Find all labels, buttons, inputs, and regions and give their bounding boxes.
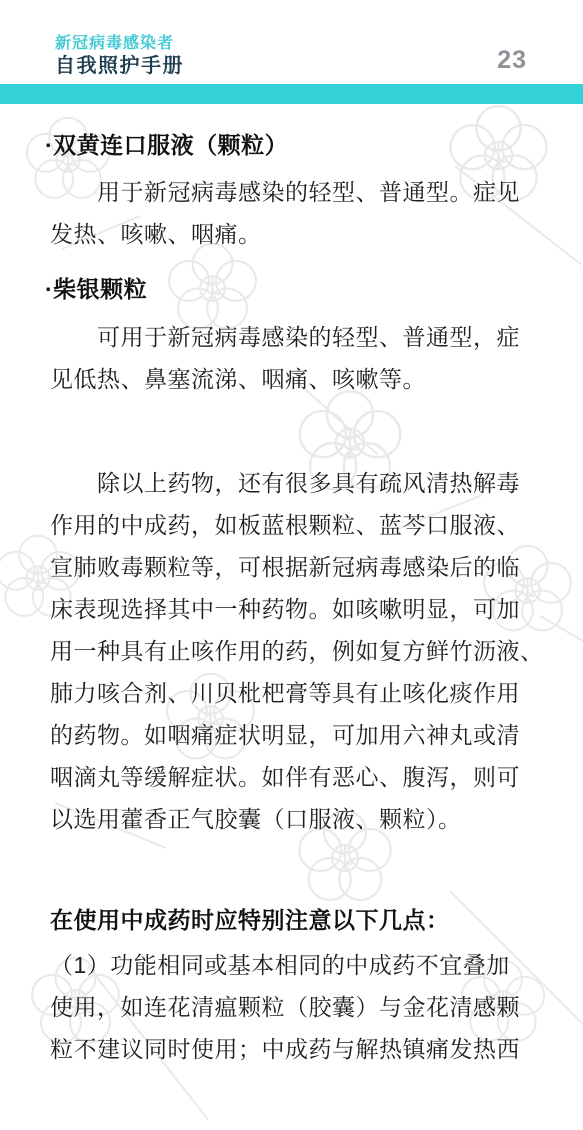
text-line: 用于新冠病毒感染的轻型、普通型。症见 [50, 171, 583, 213]
handbook-title: 自我照护手册 [55, 49, 184, 78]
heading-text: 在使用中成药时应特别注意以下几点： [50, 899, 583, 941]
text-line: 肺力咳合剂、川贝枇杷膏等具有止咳化痰作用 [50, 672, 583, 714]
med1-heading: ·双黄连口服液（颗粒） [45, 124, 583, 166]
text-line: 见低热、鼻塞流涕、咽痛、咳嗽等。 [50, 358, 583, 400]
med2-paragraph: 可用于新冠病毒感染的轻型、普通型，症 见低热、鼻塞流涕、咽痛、咳嗽等。 [50, 316, 583, 400]
page-number: 23 [497, 46, 527, 75]
text-line: 床表现选择其中一种药物。如咳嗽明显，可加 [50, 588, 583, 630]
text-line: （1）功能相同或基本相同的中成药不宜叠加 [50, 944, 583, 986]
heading-text: ·柴银颗粒 [45, 268, 583, 310]
notice-heading: 在使用中成药时应特别注意以下几点： [50, 899, 583, 941]
text-line: 宣肺败毒颗粒等，可根据新冠病毒感染后的临 [50, 546, 583, 588]
med1-paragraph: 用于新冠病毒感染的轻型、普通型。症见 发热、咳嗽、咽痛。 [50, 171, 583, 255]
heading-text: ·双黄连口服液（颗粒） [45, 124, 583, 166]
text-line: 的药物。如咽痛症状明显，可加用六神丸或清 [50, 714, 583, 756]
text-line: 以选用藿香正气胶囊（口服液、颗粒）。 [50, 798, 583, 840]
text-line: 发热、咳嗽、咽痛。 [50, 213, 583, 255]
text-line: 除以上药物，还有很多具有疏风清热解毒 [50, 462, 583, 504]
header-divider-bar [0, 84, 583, 104]
text-line: 咽滴丸等缓解症状。如伴有恶心、腹泻，则可 [50, 756, 583, 798]
text-line: 粒不建议同时使用；中成药与解热镇痛发热西 [50, 1028, 583, 1070]
text-line: 可用于新冠病毒感染的轻型、普通型，症 [50, 316, 583, 358]
med2-heading: ·柴银颗粒 [45, 268, 583, 310]
notice-paragraph: （1）功能相同或基本相同的中成药不宜叠加 使用，如连花清瘟颗粒（胶囊）与金花清感… [50, 944, 583, 1070]
text-line: 使用，如连花清瘟颗粒（胶囊）与金花清感颗 [50, 986, 583, 1028]
text-line: 作用的中成药，如板蓝根颗粒、蓝芩口服液、 [50, 504, 583, 546]
handbook-page: 新冠病毒感染者 自我照护手册 23 ·双黄连口服液（颗粒） 用于新冠病毒感染的轻… [0, 0, 583, 1130]
general-paragraph: 除以上药物，还有很多具有疏风清热解毒 作用的中成药，如板蓝根颗粒、蓝芩口服液、 … [50, 462, 583, 840]
text-line: 用一种具有止咳作用的药，例如复方鲜竹沥液、 [50, 630, 583, 672]
